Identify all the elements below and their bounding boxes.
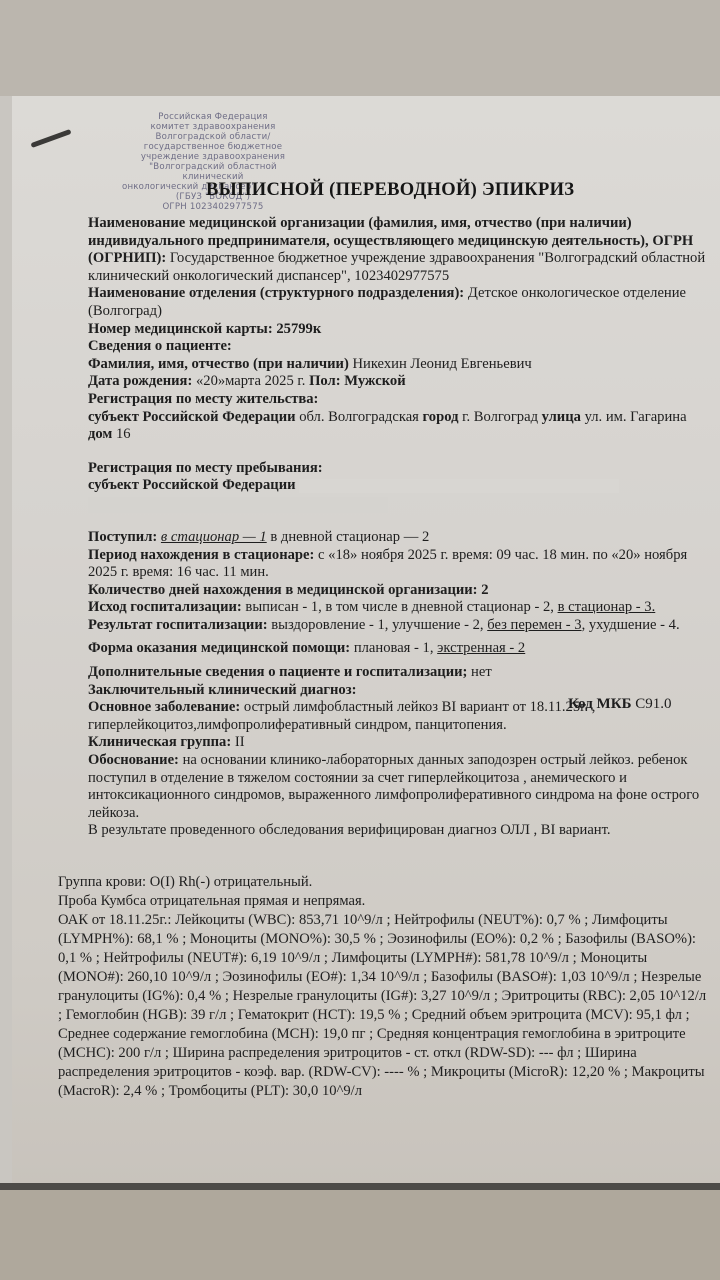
additional-label: Дополнительные сведения о пациенте и гос… (88, 664, 467, 680)
org-section: Наименование медицинской организации (фа… (88, 215, 710, 285)
name-label: Фамилия, имя, отчество (при наличии) (88, 356, 349, 372)
sex-label: Пол: (309, 373, 341, 389)
rationale-value: на основании клинико-лабораторных данных… (88, 752, 699, 821)
dob-label: Дата рождения: (88, 373, 192, 389)
dept-section: Наименование отделения (структурного под… (88, 285, 710, 320)
care-form-section: Форма оказания медицинской помощи: плано… (88, 640, 710, 658)
patient-header: Сведения о пациенте: (88, 338, 232, 354)
clinical-group-label: Клиническая группа: (88, 734, 231, 750)
cbc-results: ОАК от 18.11.25г.: Лейкоциты (WBC): 853,… (58, 911, 713, 1101)
name-section: Фамилия, имя, отчество (при наличии) Ник… (88, 356, 710, 374)
result-selected: без перемен - 3 (487, 617, 581, 633)
reg-stay-address: субъект Российской Федерации (88, 477, 710, 495)
reg-stay-subject-label: субъект Российской Федерации (88, 477, 296, 493)
care-form-label: Форма оказания медицинской помощи: (88, 640, 350, 656)
rationale-section: Обоснование: на основании клинико-лабора… (88, 752, 710, 822)
stamp-line: государственное бюджетное (118, 142, 308, 152)
address-subject-value: обл. Волгоградская (299, 409, 419, 425)
rationale-label: Обоснование: (88, 752, 179, 768)
sex-value: Мужской (344, 373, 405, 389)
mkb-code: Код МКБ C91.0 (568, 696, 672, 714)
address-street-label: улица (542, 409, 581, 425)
dob-value: «20»марта 2025 г. (196, 373, 305, 389)
dept-label: Наименование отделения (структурного под… (88, 285, 464, 301)
stamp-line: Волгоградской области/ (118, 132, 308, 142)
lab-results: Группа крови: O(I) Rh(-) отрицательный. … (58, 873, 713, 1101)
coombs-test: Проба Кумбса отрицательная прямая и непр… (58, 892, 713, 911)
stamp-line: "Волгоградский областной (118, 162, 308, 172)
redacted-area (88, 497, 388, 513)
reg-res-address: субъект Российской Федерации обл. Волгог… (88, 409, 710, 444)
name-value: Никехин Леонид Евгеньевич (352, 356, 531, 372)
verification-text: В результате проведенного обследования в… (88, 822, 710, 840)
stamp-line: учреждение здравоохранения (118, 152, 308, 162)
background-bottom (0, 1190, 720, 1280)
page-edge (0, 96, 12, 1186)
address-house-label: дом (88, 426, 112, 442)
outcome-selected: в стационар - 3 (558, 599, 652, 615)
care-form-options: плановая - 1, (354, 640, 434, 656)
admitted-section: Поступил: в стационар — 1 в дневной стац… (88, 529, 710, 547)
stamp-line: ОГРН 1023402977575 (118, 202, 308, 212)
clinical-group-section: Клиническая группа: II (88, 734, 710, 752)
redacted-area (299, 479, 619, 493)
org-value: Государственное бюджетное учреждение здр… (88, 250, 705, 284)
result-options: выздоровление - 1, улучшение - 2, (271, 617, 483, 633)
period-section: Период нахождения в стационаре: с «18» н… (88, 547, 710, 582)
address-street-value: ул. им. Гагарина (585, 409, 687, 425)
address-subject-label: субъект Российской Федерации (88, 409, 296, 425)
main-disease-label: Основное заболевание: (88, 699, 240, 715)
background-top (0, 0, 720, 96)
outcome-section: Исход госпитализации: выписан - 1, в том… (88, 599, 710, 617)
address-city-value: г. Волгоград (462, 409, 538, 425)
dob-section: Дата рождения: «20»марта 2025 г. Пол: Му… (88, 373, 710, 391)
card-value: 25799к (276, 321, 321, 337)
additional-value: нет (471, 664, 492, 680)
care-form-selected: экстренная - 2 (437, 640, 525, 656)
final-diagnosis-label: Заключительный клинический диагноз: (88, 682, 356, 698)
clinical-group-value: II (235, 734, 245, 750)
admitted-option: в дневной стационар — 2 (270, 529, 429, 545)
days-value: 2 (481, 582, 488, 598)
address-city-label: город (423, 409, 459, 425)
card-section: Номер медицинской карты: 25799к (88, 321, 710, 339)
reg-res-label: Регистрация по месту жительства: (88, 391, 318, 407)
period-label: Период нахождения в стационаре: (88, 547, 314, 563)
additional-section: Дополнительные сведения о пациенте и гос… (88, 664, 710, 682)
days-label: Количество дней нахождения в медицинской… (88, 582, 478, 598)
outcome-options: выписан - 1, в том числе в дневной стаци… (245, 599, 554, 615)
page-bottom-edge (0, 1183, 720, 1190)
address-house-value: 16 (116, 426, 131, 442)
mkb-label: Код МКБ (568, 696, 632, 712)
outcome-label: Исход госпитализации: (88, 599, 242, 615)
admitted-label: Поступил: (88, 529, 157, 545)
mkb-value: C91.0 (635, 696, 671, 712)
document-title: ВЫПИСНОЙ (ПЕРЕВОДНОЙ) ЭПИКРИЗ (206, 180, 574, 201)
card-label: Номер медицинской карты: (88, 321, 273, 337)
blood-group: Группа крови: O(I) Rh(-) отрицательный. (58, 873, 713, 892)
stamp-line: комитет здравоохранения (118, 122, 308, 132)
result-label: Результат госпитализации: (88, 617, 268, 633)
days-section: Количество дней нахождения в медицинской… (88, 582, 710, 600)
document-body: Наименование медицинской организации (фа… (88, 215, 710, 840)
stamp-line: Российская Федерация (118, 112, 308, 122)
result-options-after: , ухудшение - 4. (582, 617, 680, 633)
reg-stay-label: Регистрация по месту пребывания: (88, 460, 323, 476)
admitted-selected-option: в стационар — 1 (161, 529, 267, 545)
result-section: Результат госпитализации: выздоровление … (88, 617, 710, 635)
